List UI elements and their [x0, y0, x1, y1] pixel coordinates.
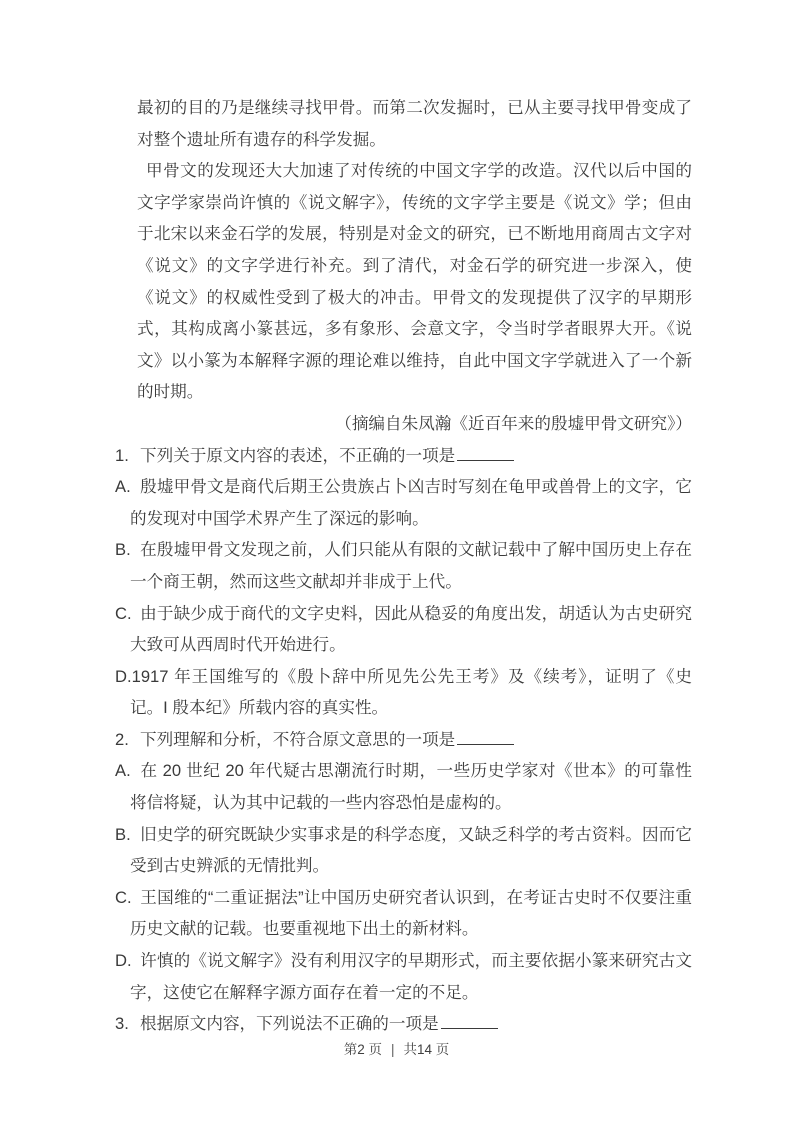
option-label: C.: [115, 882, 140, 914]
option-label: B.: [115, 819, 140, 851]
document-content: 最初的目的乃是继续寻找甲骨。而第二次发掘时，已从主要寻找甲骨变成了对整个遗址所有…: [115, 92, 692, 1040]
option-text: 1917 年王国维写的《殷卜辞中所见先公先王考》及《续考》，证明了《史记。I 殷…: [130, 667, 692, 718]
footer-separator: |: [391, 1042, 395, 1057]
option-item: B.旧史学的研究既缺少实事求是的科学态度，又缺乏科学的考古资料。因而它受到古史辨…: [115, 819, 692, 882]
option-text: 在殷墟甲骨文发现之前，人们只能从有限的文献记载中了解中国历史上存在一个商王朝，然…: [130, 540, 692, 591]
answer-blank: [457, 446, 514, 461]
question-stem: 2.下列理解和分析，不符合原文意思的一项是: [115, 724, 692, 756]
option-text: 许慎的《说文解字》没有利用汉字的早期形式，而主要依据小篆来研究古文字，这使它在解…: [130, 951, 692, 1002]
question-stem: 1.下列关于原文内容的表述，不正确的一项是: [115, 440, 692, 472]
questions-section: 1.下列关于原文内容的表述，不正确的一项是A.殷墟甲骨文是商代后期王公贵族占卜凶…: [115, 440, 692, 1040]
option-label: C.: [115, 598, 140, 630]
option-text: 旧史学的研究既缺少实事求是的科学态度，又缺乏科学的考古资料。因而它受到古史辨派的…: [130, 825, 692, 876]
body-paragraph: 最初的目的乃是继续寻找甲骨。而第二次发掘时，已从主要寻找甲骨变成了对整个遗址所有…: [137, 92, 692, 155]
question-text: 下列理解和分析，不符合原文意思的一项是: [140, 730, 455, 749]
option-text: 由于缺少成于商代的文字史料，因此从稳妥的角度出发，胡适认为古史研究大致可从西周时…: [130, 604, 692, 655]
option-item: C.王国维的“二重证据法”让中国历史研究者认识到，在考证古史时不仅要注重历史文献…: [115, 882, 692, 945]
document-page: 最初的目的乃是继续寻找甲骨。而第二次发掘时，已从主要寻找甲骨变成了对整个遗址所有…: [0, 0, 793, 1122]
page-number: 第2 页: [344, 1042, 382, 1057]
body-paragraph: 甲骨文的发现还大大加速了对传统的中国文字学的改造。汉代以后中国的文字学家崇尚许慎…: [137, 155, 692, 408]
body-paragraphs: 最初的目的乃是继续寻找甲骨。而第二次发掘时，已从主要寻找甲骨变成了对整个遗址所有…: [115, 92, 692, 408]
option-item: D.1917 年王国维写的《殷卜辞中所见先公先王考》及《续考》，证明了《史记。I…: [115, 661, 692, 724]
option-label: B.: [115, 534, 140, 566]
source-citation: （摘编自朱凤瀚《近百年来的殷墟甲骨文研究》）: [137, 408, 692, 440]
total-pages: 共14 页: [404, 1042, 450, 1057]
question-number: 3.: [115, 1008, 140, 1040]
option-item: C.由于缺少成于商代的文字史料，因此从稳妥的角度出发，胡适认为古史研究大致可从西…: [115, 598, 692, 661]
question-text: 下列关于原文内容的表述，不正确的一项是: [140, 446, 455, 465]
answer-blank: [441, 1014, 498, 1029]
option-label: D.: [115, 945, 140, 977]
answer-blank: [457, 730, 514, 745]
option-label: D.: [115, 661, 132, 693]
question-number: 2.: [115, 724, 140, 756]
option-item: A.在 20 世纪 20 年代疑古思潮流行时期，一些历史学家对《世本》的可靠性将…: [115, 755, 692, 818]
page-footer: 第2 页|共14 页: [0, 1040, 793, 1060]
option-label: A.: [115, 471, 140, 503]
question-number: 1.: [115, 440, 140, 472]
option-label: A.: [115, 755, 140, 787]
question-text: 根据原文内容，下列说法不正确的一项是: [140, 1014, 439, 1033]
option-item: D.许慎的《说文解字》没有利用汉字的早期形式，而主要依据小篆来研究古文字，这使它…: [115, 945, 692, 1008]
option-text: 王国维的“二重证据法”让中国历史研究者认识到，在考证古史时不仅要注重历史文献的记…: [130, 888, 692, 939]
option-item: B.在殷墟甲骨文发现之前，人们只能从有限的文献记载中了解中国历史上存在一个商王朝…: [115, 534, 692, 597]
option-text: 在 20 世纪 20 年代疑古思潮流行时期，一些历史学家对《世本》的可靠性将信将…: [130, 761, 692, 812]
option-text: 殷墟甲骨文是商代后期王公贵族占卜凶吉时写刻在龟甲或兽骨上的文字，它的发现对中国学…: [130, 477, 692, 528]
option-item: A.殷墟甲骨文是商代后期王公贵族占卜凶吉时写刻在龟甲或兽骨上的文字，它的发现对中…: [115, 471, 692, 534]
question-stem: 3.根据原文内容，下列说法不正确的一项是: [115, 1008, 692, 1040]
